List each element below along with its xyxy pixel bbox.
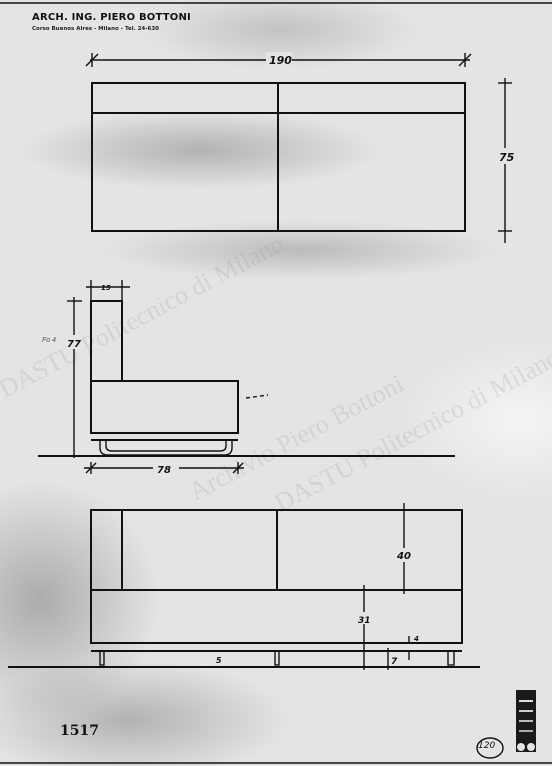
- side-note: Fo 4: [42, 337, 56, 344]
- height-dimension: 75: [499, 151, 515, 164]
- depth-dimension: 78: [157, 465, 171, 476]
- backrest-dimension: 15: [101, 284, 111, 292]
- backrest-height-dimension: 40: [396, 551, 411, 562]
- sheet-number: 1517: [60, 723, 99, 739]
- watermark: Archivio Piero Bottoni DASTU Politecnico…: [0, 229, 552, 518]
- width-dimension: 190: [269, 54, 292, 67]
- leg-dimension: 7: [391, 657, 398, 667]
- page-number: 120: [478, 741, 495, 751]
- seat-height-dimension: 31: [358, 616, 371, 626]
- front-elevation-view: 190 75: [86, 52, 517, 243]
- color-scale-strip: [516, 690, 536, 752]
- plinth-dimension: 4: [414, 635, 419, 643]
- front-elevation-base-view: 40 31 4 7 5: [8, 503, 480, 670]
- drawing-sheet: ARCH. ING. PIERO BOTTONI Corso Buenos Ai…: [0, 0, 552, 766]
- total-height-dimension: 77: [67, 339, 81, 350]
- base-dimension: 5: [216, 656, 222, 665]
- drawing-canvas: Archivio Piero Bottoni DASTU Politecnico…: [0, 0, 552, 766]
- svg-text:DASTU Politecnico di Milano: DASTU Politecnico di Milano: [0, 229, 289, 404]
